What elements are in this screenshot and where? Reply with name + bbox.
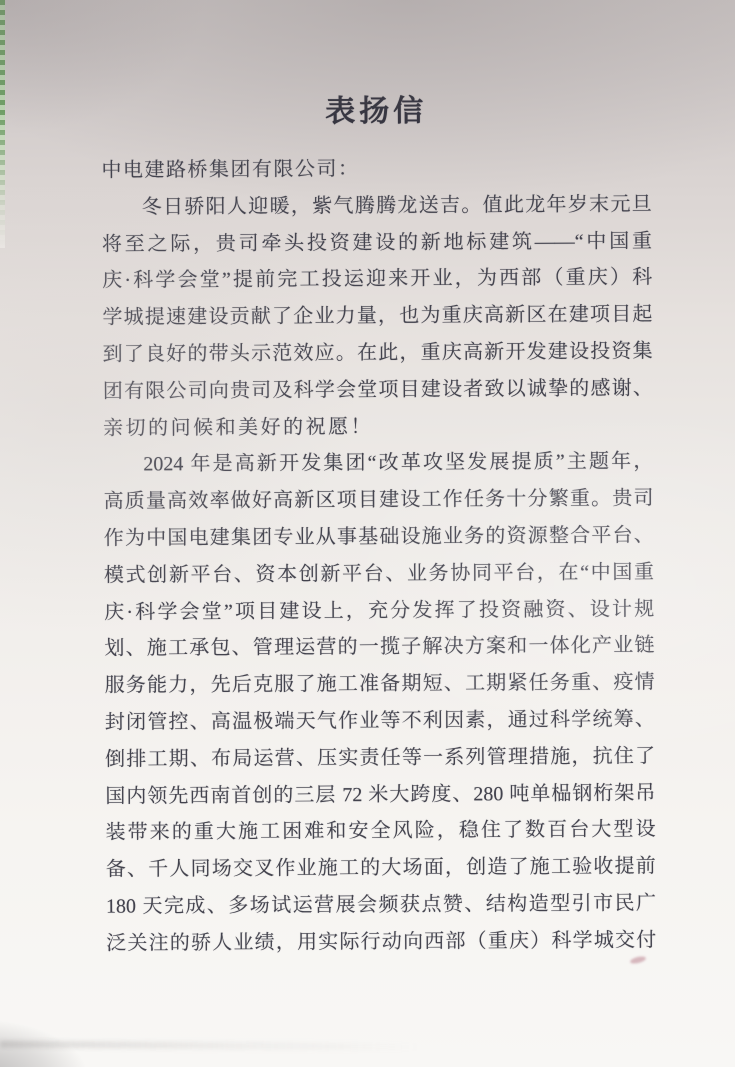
letter-line: 庆·科学会堂”项目建设上，充分发挥了投资融资、设计规 (104, 591, 654, 631)
letter-line: 服务能力，先后克服了施工准备期短、工期紧任务重、疫情 (105, 664, 655, 704)
letter-line: 划、施工承包、管理运营的一揽子解决方案和一体化产业链 (104, 628, 654, 668)
letter-line: 备、千人同场交叉作业施工的大场面，创造了施工验收提前 (106, 848, 656, 888)
letter-page: 表扬信 中电建路桥集团有限公司： 冬日骄阳人迎暖，紫气腾腾龙送吉。值此龙年岁末元… (101, 84, 656, 962)
paper-crease-streak (0, 1041, 420, 1051)
scanned-letter-photo: 表扬信 中电建路桥集团有限公司： 冬日骄阳人迎暖，紫气腾腾龙送吉。值此龙年岁末元… (0, 0, 735, 1067)
letter-line: 封闭管控、高温极端天气作业等不利因素，通过科学统筹、 (105, 701, 655, 741)
letter-line: 国内领先西南首创的三层 72 米大跨度、280 吨单榀钢桁架吊 (105, 775, 655, 815)
desk-edge-strip (0, 0, 5, 248)
letter-line: 亲切的问候和美好的祝愿！ (103, 407, 653, 447)
letter-line: 倒排工期、布局运营、压实责任等一系列管理措施，抗住了 (105, 738, 655, 778)
letter-title: 表扬信 (101, 84, 651, 131)
letter-line: 装带来的重大施工困难和安全风险，稳住了数百台大型设 (105, 812, 655, 852)
letter-line: 泛关注的骄人业绩，用实际行动向西部（重庆）科学城交付 (106, 922, 656, 962)
letter-salutation: 中电建路桥集团有限公司： (101, 149, 651, 189)
letter-line: 学城提速建设贡献了企业力量，也为重庆高新区在建项目起 (102, 297, 652, 337)
letter-line: 将至之际，贵司牵头投资建设的新地标建筑——“中国重 (102, 223, 652, 263)
letter-line: 模式创新平台、资本创新平台、业务协同平台，在“中国重 (104, 554, 654, 594)
letter-body: 中电建路桥集团有限公司： 冬日骄阳人迎暖，紫气腾腾龙送吉。值此龙年岁末元旦将至之… (101, 149, 656, 962)
letter-line: 冬日骄阳人迎暖，紫气腾腾龙送吉。值此龙年岁末元旦 (102, 186, 652, 226)
letter-line: 作为中国电建集团专业从事基础设施业务的资源整合平台、 (104, 517, 654, 557)
letter-line: 庆·科学会堂”提前完工投运迎来开业，为西部（重庆）科 (102, 260, 652, 300)
letter-line: 团有限公司向贵司及科学会堂项目建设者致以诚挚的感谢、 (103, 370, 653, 410)
letter-line: 2024 年是高新开发集团“改革攻坚发展提质”主题年， (103, 444, 653, 484)
letter-line: 到了良好的带头示范效应。在此，重庆高新开发建设投资集 (103, 333, 653, 373)
letter-line: 180 天完成、多场试运营展会频获点赞、结构造型引市民广 (106, 885, 656, 925)
corner-shadow (0, 957, 180, 1067)
letter-line: 高质量高效率做好高新区项目建设工作任务十分繁重。贵司 (103, 480, 653, 520)
letter-lines: 冬日骄阳人迎暖，紫气腾腾龙送吉。值此龙年岁末元旦将至之际，贵司牵头投资建设的新地… (102, 186, 657, 962)
